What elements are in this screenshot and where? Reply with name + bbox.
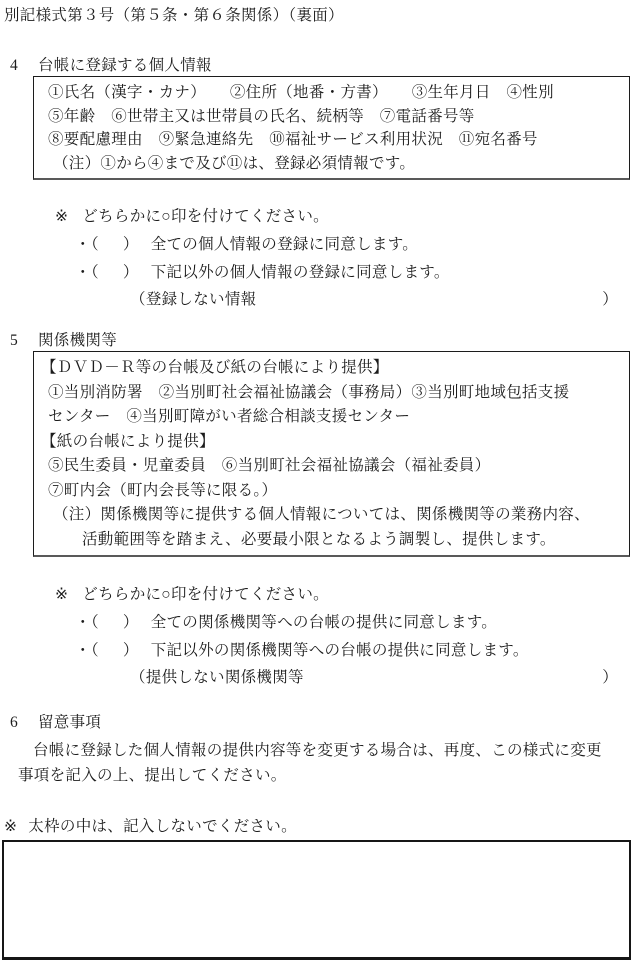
option-label: 下記以外の関係機関等への台帳の提供に同意します。 — [151, 642, 529, 659]
paren-close: ） — [123, 264, 139, 281]
section4-writein-row: （登録しない情報） — [130, 289, 618, 310]
section6-body-line: 台帳に登録した個人情報の提供内容等を変更する場合は、再度、この様式に変更 — [33, 738, 633, 763]
option-label: 下記以外の個人情報の登録に同意します。 — [151, 264, 450, 281]
document-title: 別記様式第３号（第５条・第６条関係）（裏面） — [0, 0, 633, 26]
writein-label: 提供しない関係機関等 — [146, 667, 304, 688]
section4-title: 台帳に登録する個人情報 — [38, 57, 212, 74]
box-group-header: 【ＤＶＤ－Ｒ等の台帳及び紙の台帳により提供】 — [34, 356, 625, 381]
section4-instruction: ※どちらかに○印を付けてください。 — [55, 206, 633, 227]
section5-info-box: 【ＤＶＤ－Ｒ等の台帳及び紙の台帳により提供】 ①当別消防署 ②当別町社会福祉協議… — [33, 351, 630, 557]
section5-instruction: ※どちらかに○印を付けてください。 — [55, 584, 633, 605]
section5-option-2: ・（）下記以外の関係機関等への台帳の提供に同意します。 — [75, 640, 633, 661]
paren-open: （ — [91, 614, 99, 631]
paren-open: （ — [130, 289, 146, 310]
box-line: センター ④当別町障がい者総合相談支援センター — [34, 405, 625, 430]
asterisk-marker: ※ — [55, 208, 68, 225]
paren-open: （ — [91, 236, 99, 253]
paren-open: （ — [130, 667, 146, 688]
section4-option-1: ・（）全ての個人情報の登録に同意します。 — [75, 234, 633, 255]
asterisk-marker: ※ — [55, 586, 68, 603]
bullet: ・ — [75, 614, 91, 631]
footer-note: ※太枠の中は、記入しないでください。 — [4, 816, 633, 837]
writein-field[interactable] — [304, 667, 602, 688]
box-line: ⑤年齢 ⑥世帯主又は世帯員の氏名、続柄等 ⑦電話番号等 — [34, 105, 625, 129]
paren-close: ） — [123, 236, 139, 253]
asterisk-marker: ※ — [4, 818, 17, 835]
box-line: ①当別消防署 ②当別町社会福祉協議会（事務局）③当別町地域包括支援 — [34, 381, 625, 406]
section6-body-line: 事項を記入の上、提出してください。 — [18, 763, 633, 788]
section5-heading: 5関係機関等 — [10, 330, 633, 351]
box-note-line: （注）関係機関等に提供する個人情報については、関係機関等の業務内容、 — [34, 503, 625, 528]
bullet: ・ — [75, 236, 91, 253]
section4-info-box: ①氏名（漢字・カナ） ②住所（地番・方書） ③生年月日 ④性別 ⑤年齢 ⑥世帯主… — [33, 76, 630, 180]
box-line: ⑤民生委員・児童委員 ⑥当別町社会福祉協議会（福祉委員） — [34, 454, 625, 479]
section4-number: 4 — [10, 55, 38, 76]
form-page-back: 別記様式第３号（第５条・第６条関係）（裏面） 4台帳に登録する個人情報 ①氏名（… — [0, 0, 633, 967]
instruction-text: どちらかに○印を付けてください。 — [82, 586, 329, 603]
section5-option-1: ・（）全ての関係機関等への台帳の提供に同意します。 — [75, 612, 633, 633]
paren-close: ） — [123, 614, 139, 631]
section5-writein-row: （提供しない関係機関等） — [130, 667, 618, 688]
paren-close: ） — [602, 667, 618, 688]
paren-close: ） — [123, 642, 139, 659]
box-line: ①氏名（漢字・カナ） ②住所（地番・方書） ③生年月日 ④性別 — [34, 81, 625, 105]
section4-heading: 4台帳に登録する個人情報 — [10, 55, 633, 76]
box-note-line: 活動範囲等を踏まえ、必要最小限となるよう調製し、提供します。 — [34, 528, 625, 553]
paren-open: （ — [91, 264, 99, 281]
section6-number: 6 — [10, 712, 38, 733]
paren-close: ） — [602, 289, 618, 310]
option-label: 全ての関係機関等への台帳の提供に同意します。 — [151, 614, 497, 631]
footer-note-text: 太枠の中は、記入しないでください。 — [28, 818, 297, 835]
section5-title: 関係機関等 — [38, 332, 117, 349]
writein-label: 登録しない情報 — [146, 289, 257, 310]
box-line: ⑦町内会（町内会長等に限る。） — [34, 479, 625, 504]
office-use-box[interactable] — [2, 840, 631, 960]
section4-option-2: ・（）下記以外の個人情報の登録に同意します。 — [75, 262, 633, 283]
box-note-line: （注）①から④まで及び⑪は、登録必須情報です。 — [34, 152, 625, 176]
box-group-header: 【紙の台帳により提供】 — [34, 430, 625, 455]
section6-title: 留意事項 — [38, 714, 101, 731]
paren-open: （ — [91, 642, 99, 659]
option-label: 全ての個人情報の登録に同意します。 — [151, 236, 418, 253]
bullet: ・ — [75, 264, 91, 281]
box-line: ⑧要配慮理由 ⑨緊急連絡先 ⑩福祉サービス利用状況 ⑪宛名番号 — [34, 128, 625, 152]
writein-field[interactable] — [256, 289, 602, 310]
section6-heading: 6留意事項 — [10, 712, 633, 733]
instruction-text: どちらかに○印を付けてください。 — [82, 208, 329, 225]
section5-number: 5 — [10, 330, 38, 351]
bullet: ・ — [75, 642, 91, 659]
